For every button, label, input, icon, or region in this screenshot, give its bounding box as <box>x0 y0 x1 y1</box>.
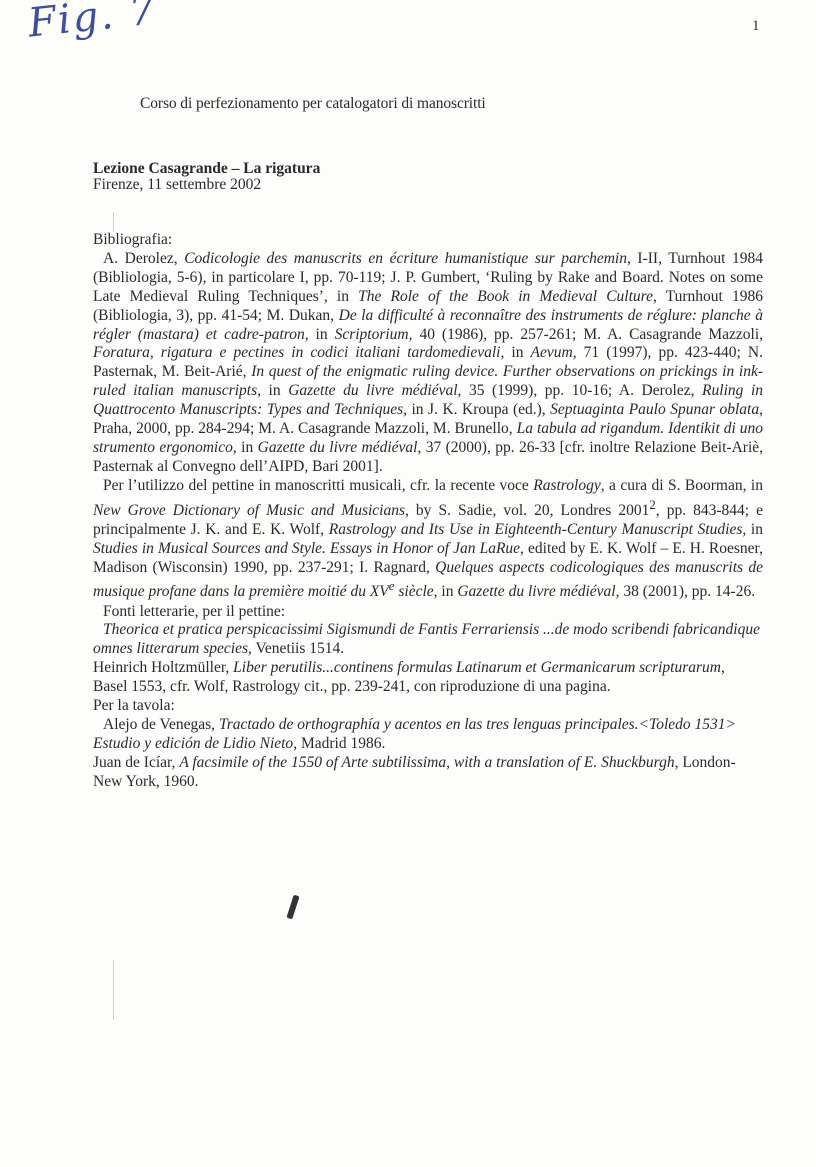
table-sources-heading: Per la tavola: <box>93 697 763 716</box>
title-italic: The Role of the Book in Medieval Culture <box>358 288 653 305</box>
text: , in <box>257 382 288 399</box>
text: , a cura di S. Boorman, in <box>601 477 763 494</box>
title-italic: Studies in Musical Sources and Style. Es… <box>93 540 520 557</box>
text: Per l’utilizzo del pettine in manoscritt… <box>103 477 533 494</box>
title-italic: Aevum <box>531 344 573 361</box>
text: , in <box>305 326 335 343</box>
page-number: 1 <box>752 18 760 35</box>
title-italic: Septuaginta Paulo Spunar oblata <box>550 401 759 418</box>
bibliography-paragraph-rulings: A. Derolez, Codicologie des manuscrits e… <box>93 250 763 477</box>
text: , 40 (1986), pp. 257-261; M. A. Casagran… <box>409 326 763 343</box>
handwritten-figure-label: Fig. 7 <box>26 0 159 47</box>
text: Juan de Icíar, <box>93 754 179 771</box>
title-italic: Gazette du livre médiéval <box>457 584 615 601</box>
title-italic: Gazette du livre médiéval <box>288 382 457 399</box>
text: Alejo de Venegas, <box>103 716 219 733</box>
title-italic: Foratura, rigatura e pectines in codici … <box>93 344 500 361</box>
text: , 35 (1999), pp. 10-16; A. Derolez, <box>458 382 703 399</box>
title-italic: Gazette du livre médiéval <box>258 439 418 456</box>
title-italic: Scriptorium <box>335 326 409 343</box>
lesson-date: Firenze, 11 settembre 2002 <box>93 176 261 194</box>
title-italic: Codicologie des manuscrits en écriture h… <box>184 250 627 267</box>
title-italic: Rastrology <box>533 477 600 494</box>
bibliography-heading: Bibliografia: <box>93 231 763 250</box>
table-source-item: Juan de Icíar, A facsimile of the 1550 o… <box>93 754 763 792</box>
text: , in <box>233 439 258 456</box>
bibliography-paragraph-music: Per l’utilizzo del pettine in manoscritt… <box>93 477 763 603</box>
title-italic: New Grove Dictionary of Music and Musici… <box>93 502 405 519</box>
text: , in <box>434 584 458 601</box>
literary-sources-heading: Fonti letterarie, per il pettine: <box>93 603 763 622</box>
text: , Venetiis 1514. <box>248 640 344 657</box>
scan-artifact-line <box>113 212 114 232</box>
course-title: Corso di perfezionamento per catalogator… <box>140 95 486 113</box>
text: , by S. Sadie, vol. 20, Londres 2001 <box>405 502 649 519</box>
title-italic: siècle <box>394 584 433 601</box>
title-italic: A facsimile of the 1550 of Arte subtilis… <box>179 754 674 771</box>
text: , Madrid 1986. <box>293 735 385 752</box>
scan-artifact-line <box>113 960 114 1020</box>
literary-source-item: Theorica et pratica perspicacissimi Sigi… <box>93 621 763 659</box>
text: , in J. K. Kroupa (ed.), <box>403 401 550 418</box>
bibliography-section: Bibliografia: A. Derolez, Codicologie de… <box>93 231 763 792</box>
text: , in <box>742 521 763 538</box>
title-italic: Rastrology and Its Use in Eighteenth-Cen… <box>329 521 743 538</box>
text: , 38 (2001), pp. 14-26. <box>616 584 756 601</box>
text: , in <box>500 344 530 361</box>
title-italic: Liber perutilis...continens formulas Lat… <box>233 659 721 676</box>
title-italic: Theorica et pratica perspicacissimi Sigi… <box>93 621 760 657</box>
ink-mark <box>286 895 299 920</box>
text: A. Derolez, <box>103 250 184 267</box>
text: Heinrich Holtzmüller, <box>93 659 233 676</box>
table-source-item: Alejo de Venegas, Tractado de orthograph… <box>93 716 763 754</box>
literary-source-item: Heinrich Holtzmüller, Liber perutilis...… <box>93 659 763 697</box>
